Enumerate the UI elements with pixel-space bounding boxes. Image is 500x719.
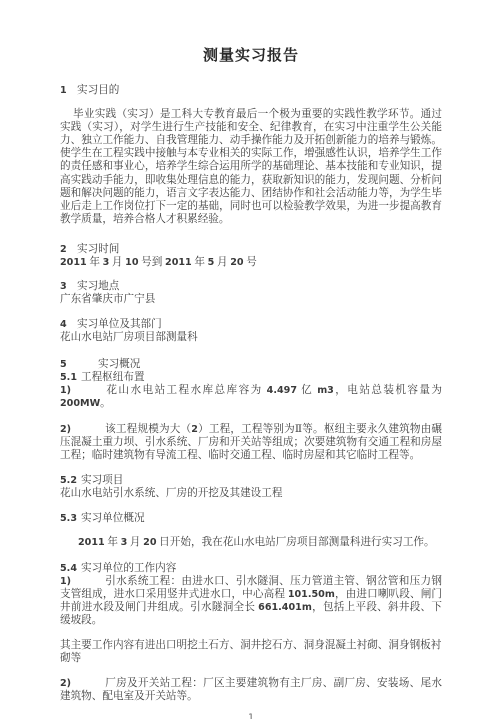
section-heading-label: 实习时间 [77, 244, 119, 255]
page-number: 1 [60, 712, 442, 719]
section-number: 2 [60, 243, 77, 256]
subsection-5-2-heading: 5.2实习项目 [60, 474, 442, 487]
section-heading-label: 实习单位及其部门 [77, 319, 162, 330]
subsection-number: 5.3 [60, 512, 81, 525]
document-page: 测量实习报告 1实习目的 毕业实践（实习）是工科大专教育最后一个极为重要的实践性… [0, 0, 500, 719]
paragraph: 毕业实践（实习）是工科大专教育最后一个极为重要的实践性教学环节。通过实践（实习）… [60, 108, 442, 226]
subsection-number: 5.1 [60, 371, 81, 384]
section-3-heading: 3实习地点 [60, 280, 442, 293]
paragraph: 其主要工作内容有进出口明挖土石方、洞井挖石方、洞身混凝土衬砌、洞身钢板衬砌等 [60, 639, 442, 665]
section-1-heading: 1实习目的 [60, 84, 442, 97]
section-number: 5 [60, 358, 98, 371]
item-number: 2) [60, 677, 105, 690]
section-heading-label: 实习目的 [77, 85, 119, 96]
section-number: 3 [60, 280, 77, 293]
subsection-heading-label: 实习项目 [81, 475, 123, 486]
paragraph: 广东省肇庆市广宁县 [60, 293, 442, 306]
item-number: 1) [60, 575, 105, 588]
item-number: 2) [60, 423, 105, 436]
item-number: 1) [60, 384, 105, 397]
section-number: 4 [60, 318, 77, 331]
item-text: 引水系统工程：由进水口、引水隧洞、压力管道主管、钢岔管和压力钢支管组成，进水口采… [60, 576, 442, 626]
item-text: 厂房及开关站工程：厂区主要建筑物有主厂房、副厂房、安装场、尾水建筑物、配电室及开… [60, 678, 442, 702]
subsection-5-4-heading: 5.4实习单位的工作内容 [60, 562, 442, 575]
paragraph: 花山水电站引水系统、厂房的开挖及其建设工程 [60, 487, 442, 500]
list-item: 1)花山水电站工程水库总库容为 4.497 亿 m3，电站总装机容量为 200M… [60, 384, 442, 410]
section-number: 1 [60, 84, 77, 97]
section-heading-label: 实习地点 [77, 281, 119, 292]
document-title: 测量实习报告 [60, 47, 442, 66]
section-2-heading: 2实习时间 [60, 243, 442, 256]
item-text: 花山水电站工程水库总库容为 4.497 亿 m3，电站总装机容量为 200MW。 [60, 385, 442, 409]
section-5-heading: 5实习概况 [60, 358, 442, 371]
section-4-heading: 4实习单位及其部门 [60, 318, 442, 331]
paragraph: 2011 年 3 月 20 日开始，我在花山水电站厂房项目部测量科进行实习工作。 [60, 536, 442, 549]
paragraph: 2011 年 3 月 10 号到 2011 年 5 月 20 号 [60, 256, 442, 269]
paragraph: 花山水电站厂房项目部测量科 [60, 331, 442, 344]
item-text: 该工程规模为大（2）工程，工程等别为Ⅱ等。枢纽主要永久建筑物由碾压混凝土重力坝、… [60, 424, 442, 461]
subsection-number: 5.4 [60, 562, 81, 575]
subsection-heading-label: 实习单位的工作内容 [81, 563, 176, 574]
section-heading-label: 实习概况 [98, 359, 140, 370]
subsection-5-3-heading: 5.3实习单位概况 [60, 512, 442, 525]
list-item: 1)引水系统工程：由进水口、引水隧洞、压力管道主管、钢岔管和压力钢支管组成，进水… [60, 575, 442, 627]
subsection-heading-label: 工程枢纽布置 [81, 372, 145, 383]
list-item: 2)厂房及开关站工程：厂区主要建筑物有主厂房、副厂房、安装场、尾水建筑物、配电室… [60, 677, 442, 703]
list-item: 2)该工程规模为大（2）工程，工程等别为Ⅱ等。枢纽主要永久建筑物由碾压混凝土重力… [60, 423, 442, 462]
subsection-heading-label: 实习单位概况 [81, 513, 145, 524]
subsection-5-1-heading: 5.1工程枢纽布置 [60, 371, 442, 384]
subsection-number: 5.2 [60, 474, 81, 487]
